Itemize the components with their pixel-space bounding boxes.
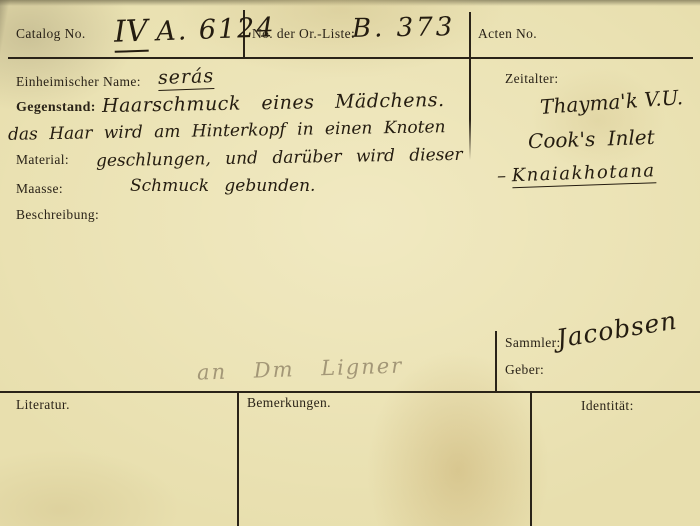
literatur-label: Literatur. bbox=[16, 397, 70, 413]
gegenstand-line-2: das Haar wird am Hinterkopf in einen Kno… bbox=[8, 117, 446, 145]
acten-no-label: Acten No. bbox=[478, 26, 537, 42]
gegenstand-label: Gegenstand: bbox=[16, 100, 96, 116]
geber-label: Geber: bbox=[505, 362, 544, 378]
herkunft-dash: – bbox=[497, 165, 507, 186]
sammler-label: Sammler: bbox=[505, 335, 561, 351]
identitaet-label: Identität: bbox=[581, 398, 634, 414]
beschreibung-label: Beschreibung: bbox=[16, 207, 99, 223]
gegenstand-line-4: Schmuck gebunden. bbox=[130, 176, 315, 196]
catalog-card: Catalog No. IV A. 6124 No. der Or.-Liste… bbox=[0, 0, 700, 526]
herkunft-tribe-name: Knaiakhotana bbox=[511, 160, 656, 188]
gegenstand-line-3: geschlungen, und darüber wird dieser bbox=[96, 145, 463, 171]
herkunft-value-line-2: Cook's Inlet bbox=[528, 125, 655, 153]
header-bottom-rule bbox=[8, 57, 693, 59]
herkunft-value-line-3: – Knaiakhotana bbox=[497, 160, 656, 187]
footer-divider-2 bbox=[530, 392, 532, 526]
footer-top-rule bbox=[0, 391, 700, 393]
right-column-divider bbox=[469, 58, 471, 160]
catalog-no-roman: IV bbox=[113, 14, 148, 53]
sammler-signature: Jacobsen bbox=[554, 306, 679, 354]
material-label: Material: bbox=[16, 152, 69, 168]
zeitalter-label: Zeitalter: bbox=[505, 71, 558, 87]
herkunft-value-line-1: Thayma'k V.U. bbox=[539, 85, 683, 119]
maasse-label: Maasse: bbox=[16, 181, 63, 197]
einheimischer-name-value: serás bbox=[158, 65, 215, 91]
footer-divider-1 bbox=[237, 392, 239, 526]
orliste-label: No. der Or.-Liste: bbox=[252, 26, 355, 42]
orliste-value: B. 373 bbox=[352, 12, 456, 44]
einheimischer-name-label: Einheimischer Name: bbox=[16, 74, 141, 90]
sammler-box-divider bbox=[495, 331, 497, 392]
pencil-note: an Dm Ligner bbox=[197, 353, 404, 384]
bemerkungen-label: Bemerkungen. bbox=[247, 395, 331, 411]
catalog-no-label: Catalog No. bbox=[16, 26, 86, 42]
header-divider-2 bbox=[469, 12, 471, 58]
gegenstand-line-1: Haarschmuck eines Mädchens. bbox=[102, 89, 445, 117]
